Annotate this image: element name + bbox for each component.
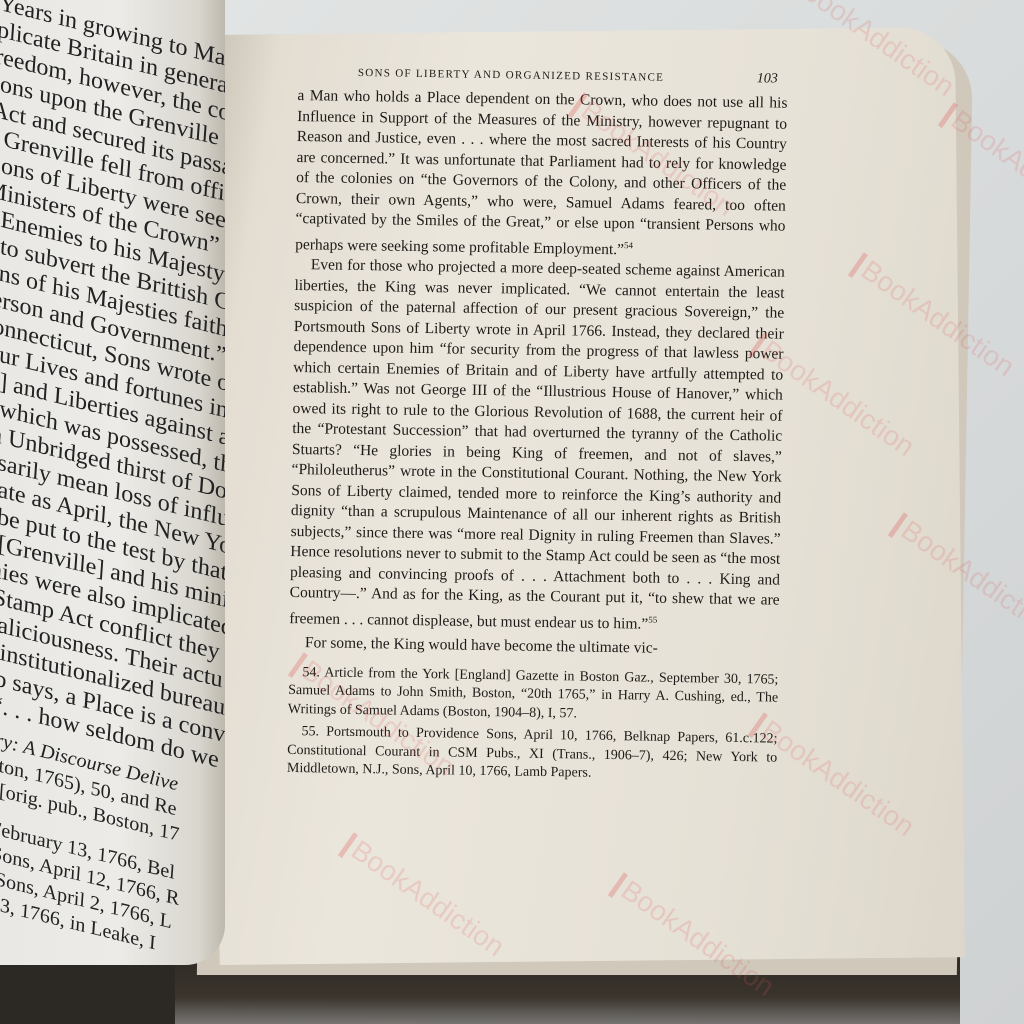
paragraph: Even for those who projected a more deep… [289, 255, 785, 637]
paragraph: a Man who holds a Place dependent on the… [295, 86, 788, 263]
footnote: 54. Article from the York [England] Gaze… [288, 664, 779, 727]
page-number: 103 [757, 71, 778, 87]
note-ref: 55 [648, 614, 657, 624]
running-head-title: SONS OF LIBERTY AND ORGANIZED RESISTANCE [358, 67, 665, 84]
left-page-text: Years in growing to Maturity.” plicate B… [0, 0, 225, 965]
footnotes: 54. Article from the York [England] Gaze… [287, 664, 779, 787]
left-page: Years in growing to Maturity.” plicate B… [0, 0, 225, 965]
footnote-number: 54. [302, 665, 320, 680]
footnote: 55. Portsmouth to Providence Sons, April… [287, 723, 778, 786]
right-page-text: SONS OF LIBERTY AND ORGANIZED RESISTANCE… [287, 64, 788, 786]
note-ref: 54 [624, 240, 633, 250]
footnote-number: 55. [301, 724, 319, 739]
paragraph: For some, the King would have become the… [289, 633, 779, 661]
